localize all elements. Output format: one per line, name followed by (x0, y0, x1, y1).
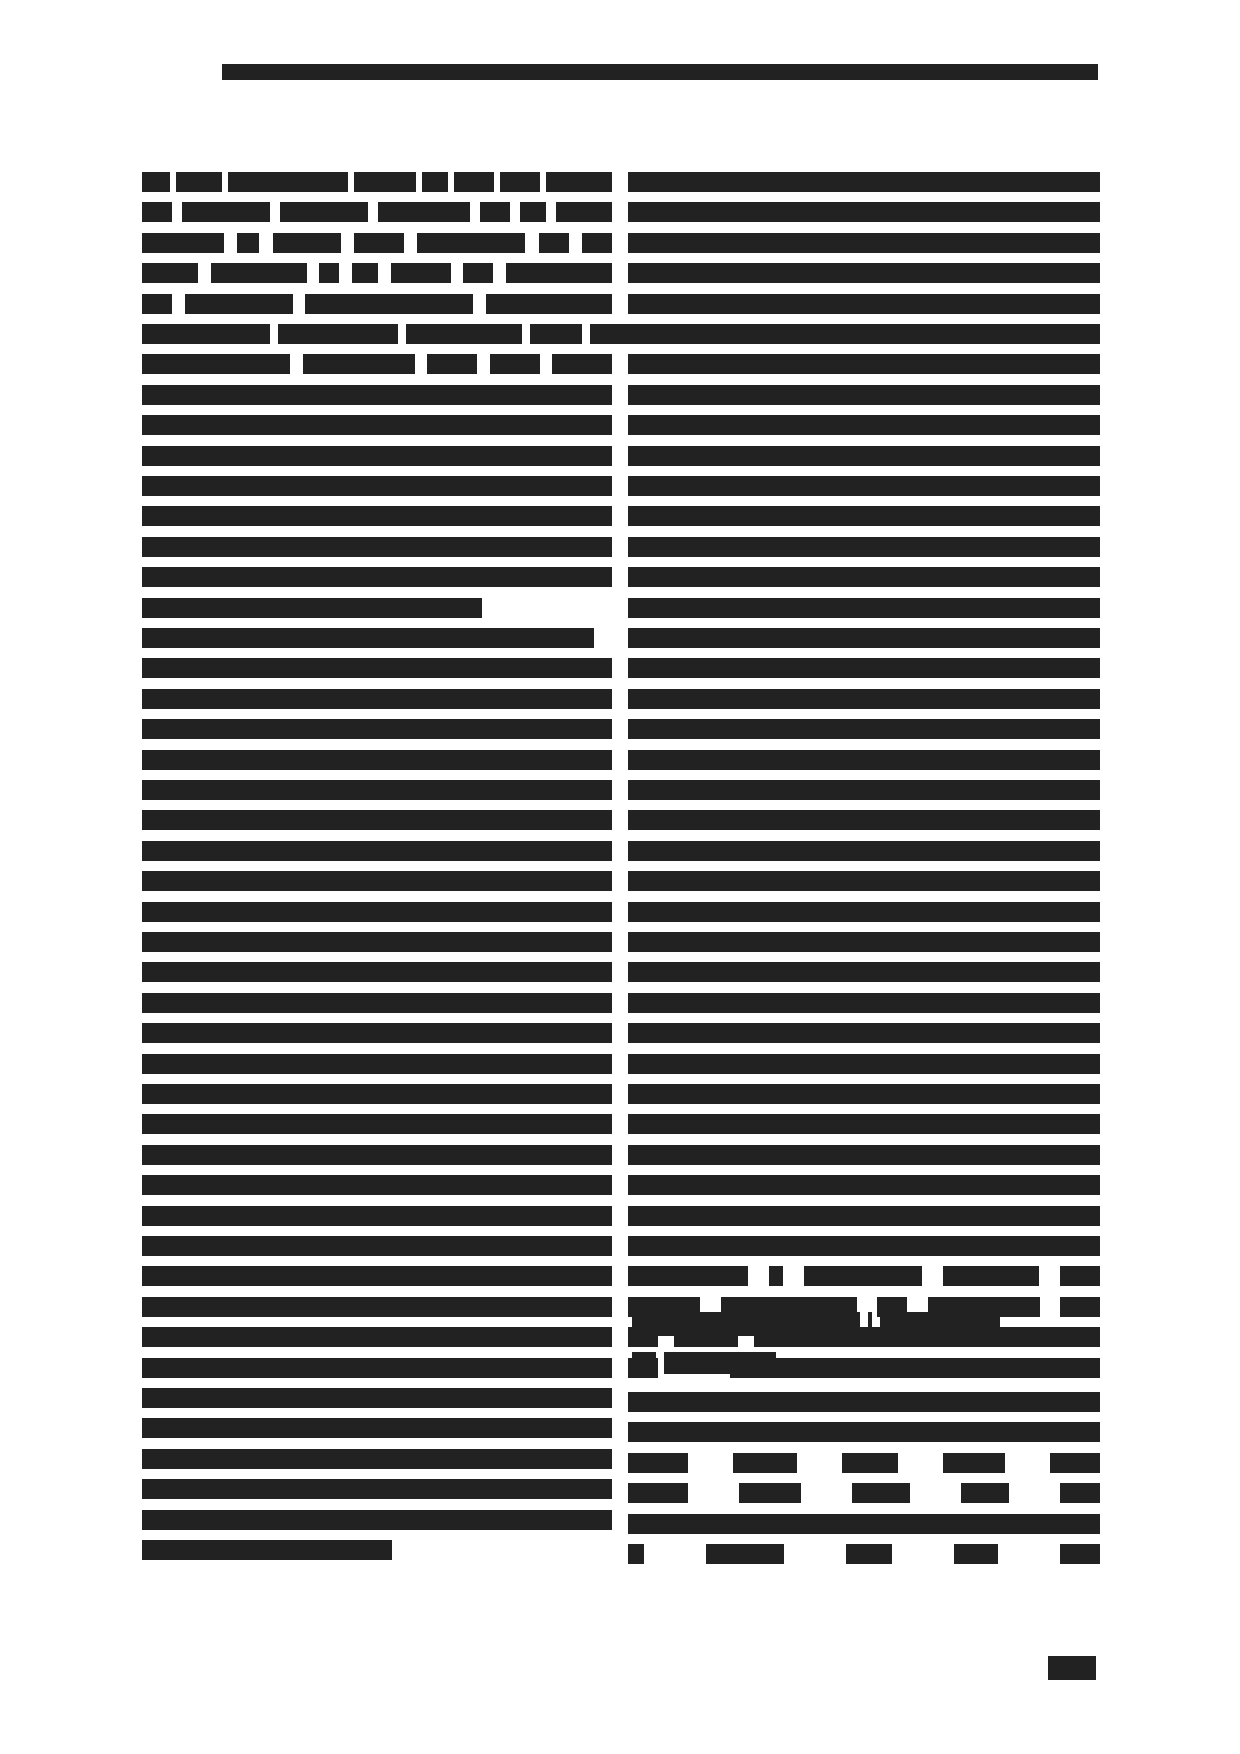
text-line (628, 962, 1100, 982)
redacted-word (142, 567, 612, 587)
redacted-word (142, 1510, 612, 1530)
text-line (142, 294, 612, 314)
redacted-word (490, 354, 540, 374)
redacted-word (628, 1392, 1100, 1412)
redacted-heading-word (632, 1352, 656, 1374)
text-line (628, 263, 1100, 283)
redacted-word (142, 415, 612, 435)
redacted-word (142, 324, 270, 344)
redacted-word (185, 294, 293, 314)
text-line (142, 628, 612, 648)
text-line (628, 1514, 1100, 1534)
redacted-word (142, 1206, 612, 1226)
redacted-word (142, 962, 612, 982)
redacted-word (628, 415, 1100, 435)
redacted-word (628, 567, 1100, 587)
text-line (142, 1236, 612, 1256)
text-line (628, 750, 1100, 770)
redacted-word (628, 506, 1100, 526)
text-line (142, 993, 612, 1013)
text-line (142, 1297, 612, 1317)
text-line (142, 385, 612, 405)
redacted-word (354, 172, 416, 192)
redacted-word (142, 1418, 612, 1438)
text-line (142, 1388, 612, 1408)
text-line (628, 1114, 1100, 1134)
redacted-word (739, 1483, 801, 1503)
redacted-word (142, 1236, 612, 1256)
redacted-word (628, 1453, 688, 1473)
redacted-word (142, 172, 170, 192)
redacted-word (628, 263, 1100, 283)
redacted-word (142, 658, 612, 678)
redacted-word (273, 233, 341, 253)
redacted-word (628, 1422, 1100, 1442)
text-line (142, 446, 612, 466)
text-line (628, 354, 1100, 374)
text-line (142, 1449, 612, 1469)
text-line (142, 1145, 612, 1165)
text-line (628, 871, 1100, 891)
redacted-word (142, 537, 612, 557)
redacted-word (769, 1266, 783, 1286)
redacted-word (628, 1175, 1100, 1195)
redacted-word (506, 263, 612, 283)
redacted-word (500, 172, 540, 192)
redacted-word (628, 902, 1100, 922)
text-line (628, 415, 1100, 435)
text-line (628, 1084, 1100, 1104)
redacted-word (530, 324, 582, 344)
text-line (628, 902, 1100, 922)
text-line (142, 598, 612, 618)
redacted-word (427, 354, 477, 374)
redacted-word (628, 750, 1100, 770)
redacted-word (142, 202, 172, 222)
text-line (142, 1054, 612, 1074)
redacted-word (582, 233, 612, 253)
text-line (628, 1544, 1100, 1564)
redacted-word (628, 993, 1100, 1013)
redacted-heading-word (880, 1312, 1000, 1336)
text-line (628, 1145, 1100, 1165)
redacted-word (305, 294, 473, 314)
redacted-word (628, 1266, 748, 1286)
redacted-word (628, 932, 1100, 952)
redacted-word (628, 446, 1100, 466)
redacted-word (628, 1236, 1100, 1256)
text-line (628, 689, 1100, 709)
redacted-word (961, 1483, 1009, 1503)
redacted-word (176, 172, 222, 192)
redacted-word (142, 689, 612, 709)
text-line (628, 1422, 1100, 1442)
redacted-word (628, 537, 1100, 557)
text-line (142, 537, 612, 557)
redacted-word (628, 810, 1100, 830)
redacted-word (142, 1449, 612, 1469)
redacted-word (480, 202, 510, 222)
redacted-word (142, 1175, 612, 1195)
text-line (142, 1084, 612, 1104)
text-line (628, 476, 1100, 496)
redacted-word (142, 719, 612, 739)
redacted-word (319, 263, 339, 283)
text-line (628, 1206, 1100, 1226)
text-line (142, 415, 612, 435)
redacted-word (628, 689, 1100, 709)
redacted-word (539, 233, 569, 253)
text-line (628, 446, 1100, 466)
text-line (142, 1510, 612, 1530)
text-line (142, 841, 612, 861)
text-line (628, 1392, 1100, 1412)
text-line (142, 506, 612, 526)
redacted-word (142, 932, 612, 952)
redacted-word (142, 1114, 612, 1134)
redacted-word (1060, 1297, 1100, 1317)
redacted-word (228, 172, 348, 192)
text-line (142, 1266, 612, 1286)
redacted-word (628, 628, 1100, 648)
text-line (142, 354, 612, 374)
redacted-word (142, 628, 594, 648)
redacted-word (417, 233, 525, 253)
redacted-word (520, 202, 546, 222)
redacted-word (303, 354, 415, 374)
text-line (628, 1453, 1100, 1473)
redacted-word (628, 294, 1100, 314)
redacted-word (943, 1453, 1005, 1473)
text-line (628, 567, 1100, 587)
redacted-word (422, 172, 448, 192)
redacted-word (237, 233, 259, 253)
redacted-word (628, 1483, 688, 1503)
redacted-word (852, 1483, 910, 1503)
text-line (628, 810, 1100, 830)
text-line (142, 932, 612, 952)
redacted-word (486, 294, 612, 314)
text-line (628, 658, 1100, 678)
text-line (628, 537, 1100, 557)
text-line (142, 1114, 612, 1134)
text-line (628, 598, 1100, 618)
redacted-word (628, 1054, 1100, 1074)
redacted-word (730, 1358, 1100, 1378)
text-line (142, 1418, 612, 1438)
text-line (628, 1236, 1100, 1256)
redacted-word (278, 324, 398, 344)
redacted-word (628, 1084, 1100, 1104)
redacted-word (628, 233, 1100, 253)
text-line (142, 750, 612, 770)
text-line (628, 172, 1100, 192)
redacted-word (142, 598, 482, 618)
redacted-word (142, 1540, 392, 1560)
redacted-word (954, 1544, 998, 1564)
redacted-word (142, 1266, 612, 1286)
redacted-word (142, 993, 612, 1013)
text-line (628, 294, 1100, 314)
text-line (142, 263, 612, 283)
redacted-word (628, 1544, 644, 1564)
text-line (628, 1483, 1100, 1503)
text-line (142, 202, 612, 222)
redacted-word (546, 172, 612, 192)
redacted-word (142, 1479, 612, 1499)
redacted-word (556, 202, 612, 222)
redacted-word (552, 354, 612, 374)
redacted-word (142, 263, 198, 283)
redacted-word (943, 1266, 1039, 1286)
redacted-word (142, 1145, 612, 1165)
redacted-word (628, 172, 1100, 192)
redacted-word (142, 233, 224, 253)
redacted-word (378, 202, 470, 222)
text-line (628, 628, 1100, 648)
text-line (142, 871, 612, 891)
redacted-word (628, 1023, 1100, 1043)
redacted-word (628, 354, 1100, 374)
redacted-word (182, 202, 270, 222)
redacted-word (142, 446, 612, 466)
redacted-word (628, 780, 1100, 800)
text-line (142, 689, 612, 709)
redacted-word (628, 871, 1100, 891)
redacted-word (628, 1145, 1100, 1165)
running-header (222, 64, 1098, 80)
redacted-word (463, 263, 493, 283)
redacted-word (142, 841, 612, 861)
redacted-word (406, 324, 522, 344)
redacted-word (142, 871, 612, 891)
redacted-word (142, 1023, 612, 1043)
redacted-word (142, 1358, 612, 1378)
text-line (142, 962, 612, 982)
text-line (628, 506, 1100, 526)
text-line (142, 1479, 612, 1499)
text-line (142, 476, 612, 496)
text-line (628, 202, 1100, 222)
redacted-word (1060, 1544, 1100, 1564)
redacted-word (706, 1544, 784, 1564)
text-line (142, 172, 612, 192)
redacted-word (142, 902, 612, 922)
redacted-word (628, 598, 1100, 618)
document-page: All text on the page is obscured by soli… (0, 0, 1240, 1754)
text-line (142, 719, 612, 739)
redacted-word (142, 1388, 612, 1408)
redacted-heading-word (868, 1312, 872, 1336)
redacted-word (628, 658, 1100, 678)
text-line (628, 233, 1100, 253)
redacted-word (628, 476, 1100, 496)
text-line (628, 993, 1100, 1013)
redacted-word (142, 294, 172, 314)
redacted-word (1050, 1453, 1100, 1473)
redacted-word (142, 1054, 612, 1074)
redacted-word (391, 263, 451, 283)
redacted-word (628, 962, 1100, 982)
text-line (628, 932, 1100, 952)
text-line (142, 902, 612, 922)
redacted-word (628, 324, 1100, 344)
redacted-word (628, 1114, 1100, 1134)
text-line (628, 1266, 1100, 1286)
redacted-word (628, 1514, 1100, 1534)
redacted-word (628, 1206, 1100, 1226)
text-line (142, 233, 612, 253)
text-line (142, 1358, 612, 1378)
redacted-word (142, 810, 612, 830)
text-line (142, 1175, 612, 1195)
redacted-word (628, 841, 1100, 861)
redacted-word (1060, 1266, 1100, 1286)
text-line (628, 780, 1100, 800)
text-line (628, 324, 1100, 344)
redacted-word (628, 385, 1100, 405)
text-line (142, 658, 612, 678)
redacted-word (142, 385, 612, 405)
redacted-word (142, 354, 290, 374)
redacted-word (846, 1544, 892, 1564)
redacted-word (211, 263, 307, 283)
text-line (628, 1175, 1100, 1195)
text-line (628, 1023, 1100, 1043)
text-line (142, 780, 612, 800)
redacted-word (354, 233, 404, 253)
redacted-word (804, 1266, 922, 1286)
redacted-word (1060, 1483, 1100, 1503)
redacted-word (733, 1453, 797, 1473)
redacted-word (628, 202, 1100, 222)
redacted-word (628, 719, 1100, 739)
redacted-word (142, 476, 612, 496)
redacted-word (352, 263, 378, 283)
redacted-word (142, 1327, 612, 1347)
redacted-word (280, 202, 368, 222)
text-line (142, 324, 612, 344)
redacted-word (142, 1297, 612, 1317)
text-line (628, 841, 1100, 861)
redacted-word (142, 750, 612, 770)
text-line (628, 719, 1100, 739)
page-number (1048, 1656, 1096, 1680)
redacted-word (454, 172, 494, 192)
text-line (142, 567, 612, 587)
text-line (142, 810, 612, 830)
redacted-word (142, 506, 612, 526)
redacted-heading-word (664, 1352, 776, 1374)
text-line (628, 385, 1100, 405)
redacted-word (142, 1084, 612, 1104)
text-line (628, 1054, 1100, 1074)
text-line (142, 1206, 612, 1226)
text-line (142, 1540, 612, 1560)
redacted-heading-word (632, 1312, 860, 1336)
redacted-word (842, 1453, 898, 1473)
text-line (142, 1327, 612, 1347)
text-line (142, 1023, 612, 1043)
redacted-word (142, 780, 612, 800)
